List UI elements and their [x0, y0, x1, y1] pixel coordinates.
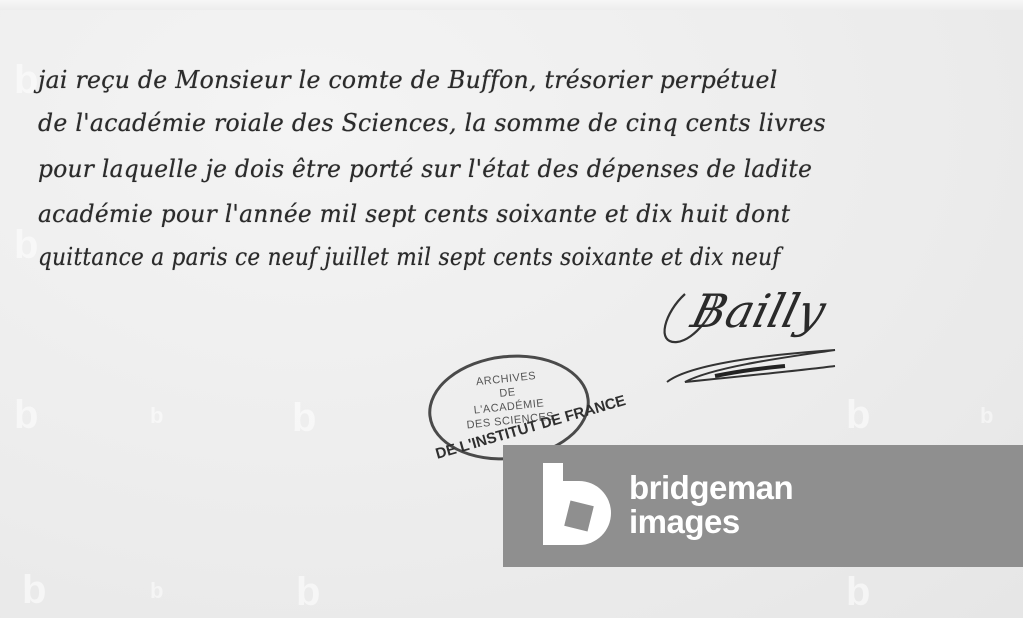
watermark-b-glyph: b [150, 580, 163, 602]
watermark-b-glyph: b [980, 405, 993, 427]
handwritten-line-2: de l'académie roiale des Sciences, la so… [38, 109, 826, 137]
watermark-b-glyph: b [846, 572, 870, 612]
brand-line-2: images [629, 505, 793, 539]
bridgeman-logo-icon [543, 463, 611, 545]
watermark-b-glyph: b [846, 395, 870, 435]
handwritten-line-1: jai reçu de Monsieur le comte de Buffon,… [38, 66, 778, 94]
watermark-b-glyph: b [292, 398, 316, 438]
bridgeman-watermark-banner: bridgeman images [503, 445, 1023, 567]
watermark-b-glyph: b [150, 405, 163, 427]
handwritten-line-4: académie pour l'année mil sept cents soi… [38, 200, 790, 228]
watermark-b-glyph: b [14, 395, 38, 435]
watermark-b-glyph: b [296, 572, 320, 612]
watermark-b-glyph: b [14, 60, 38, 100]
handwritten-line-5: quittance a paris ce neuf juillet mil se… [38, 243, 781, 271]
signature: Bailly [655, 282, 855, 392]
document-page: b b b b b b b b b b b jai reçu de Monsie… [0, 0, 1023, 618]
signature-name: Bailly [686, 284, 831, 338]
watermark-b-glyph: b [22, 570, 46, 610]
handwritten-line-3: pour laquelle je dois être porté sur l'é… [38, 155, 812, 183]
paper-top-edge [0, 0, 1023, 10]
watermark-b-glyph: b [14, 225, 38, 265]
brand-line-1: bridgeman [629, 471, 793, 505]
bridgeman-brand-text: bridgeman images [629, 471, 793, 539]
